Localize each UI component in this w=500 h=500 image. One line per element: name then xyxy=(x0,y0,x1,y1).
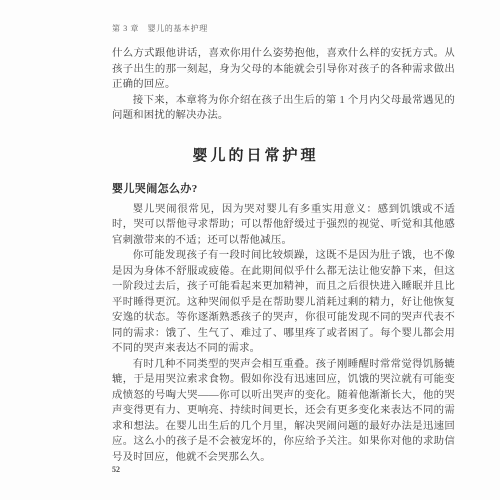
subsection-title: 婴儿哭闹怎么办? xyxy=(112,183,455,196)
section-title: 婴儿的日常护理 xyxy=(112,146,399,166)
text-column: 什么方式跟他讲话，喜欢你用什么姿势抱他，喜欢什么样的安抚方式。从孩子出生的那一刻… xyxy=(112,46,455,465)
paragraph: 有时几种不同类型的哭声会相互重叠。孩子刚睡醒时常常觉得饥肠辘辘，于是用哭泣索求食… xyxy=(112,357,455,466)
paragraph: 什么方式跟他讲话，喜欢你用什么姿势抱他，喜欢什么样的安抚方式。从孩子出生的那一刻… xyxy=(112,46,455,93)
running-header: 第 3 章 婴儿的基本护理 xyxy=(112,23,208,34)
body-paragraphs: 婴儿哭闹很常见，因为哭对婴儿有多重实用意义：感到饥饿或不适时，哭可以帮他寻求帮助… xyxy=(112,202,455,466)
paragraph: 婴儿哭闹很常见，因为哭对婴儿有多重实用意义：感到饥饿或不适时，哭可以帮他寻求帮助… xyxy=(112,202,455,249)
intro-paragraphs: 什么方式跟他讲话，喜欢你用什么姿势抱他，喜欢什么样的安抚方式。从孩子出生的那一刻… xyxy=(112,46,455,124)
book-page: 第 3 章 婴儿的基本护理 什么方式跟他讲话，喜欢你用什么姿势抱他，喜欢什么样的… xyxy=(0,0,500,500)
paragraph: 接下来，本章将为你介绍在孩子出生后的第 1 个月内父母最常遇见的问题和困扰的解决… xyxy=(112,93,455,124)
page-number: 52 xyxy=(112,465,120,474)
paragraph: 你可能发现孩子有一段时间比较烦躁，这既不是因为肚子饿，也不像是因为身体不舒服或疲… xyxy=(112,248,455,357)
